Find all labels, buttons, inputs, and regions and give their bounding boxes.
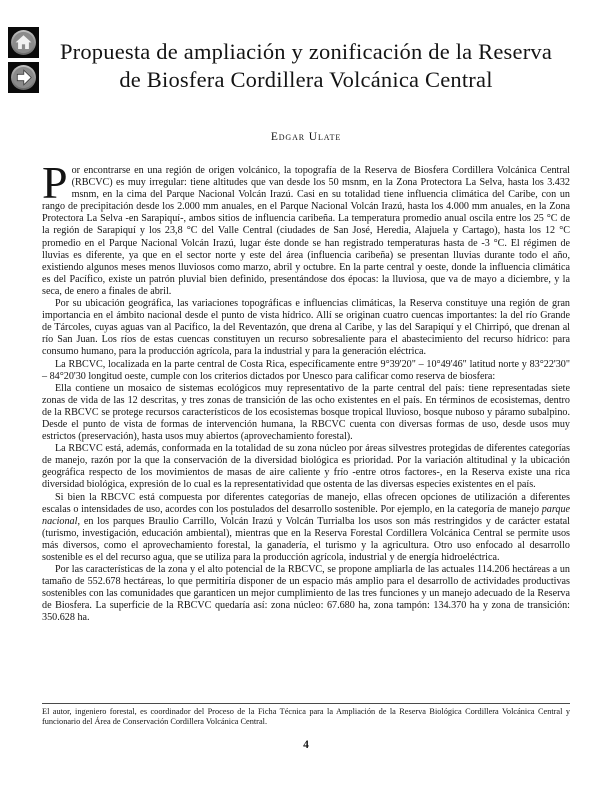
paragraph-3: La RBCVC, localizada en la parte central…	[42, 359, 570, 383]
paragraph-5: La RBCVC está, además, conformada en la …	[42, 443, 570, 491]
footnote-rule	[42, 703, 570, 704]
paragraph-1: Por encontrarse en una región de origen …	[42, 165, 570, 298]
dropcap-letter: P	[42, 165, 72, 200]
document-page: Propuesta de ampliación y zonificación d…	[0, 0, 612, 792]
paragraph-6: Si bien la RBCVC está compuesta por dife…	[42, 492, 570, 565]
page-number: 4	[42, 739, 570, 751]
article-body: Por encontrarse en una región de origen …	[42, 165, 570, 625]
paragraph-7: Por las características de la zona y el …	[42, 564, 570, 624]
footnote-block: El autor, ingeniero forestal, es coordin…	[42, 703, 570, 728]
paragraph-4: Ella contiene un mosaico de sistemas eco…	[42, 383, 570, 443]
title-line-2: de Biosfera Cordillera Volcánica Central	[119, 67, 492, 92]
paragraph-2: Por su ubicación geográfica, las variaci…	[42, 298, 570, 358]
title-line-1: Propuesta de ampliación y zonificación d…	[60, 39, 552, 64]
footnote-text: El autor, ingeniero forestal, es coordin…	[42, 707, 570, 728]
paragraph-6-text: Si bien la RBCVC está compuesta por dife…	[42, 492, 570, 515]
author-byline: Edgar Ulate	[0, 131, 612, 143]
page-title: Propuesta de ampliación y zonificación d…	[0, 38, 612, 93]
paragraph-6-text-after: , en los parques Braulio Carrillo, Volcá…	[42, 516, 570, 563]
paragraph-1-text: or encontrarse en una región de origen v…	[42, 165, 570, 297]
